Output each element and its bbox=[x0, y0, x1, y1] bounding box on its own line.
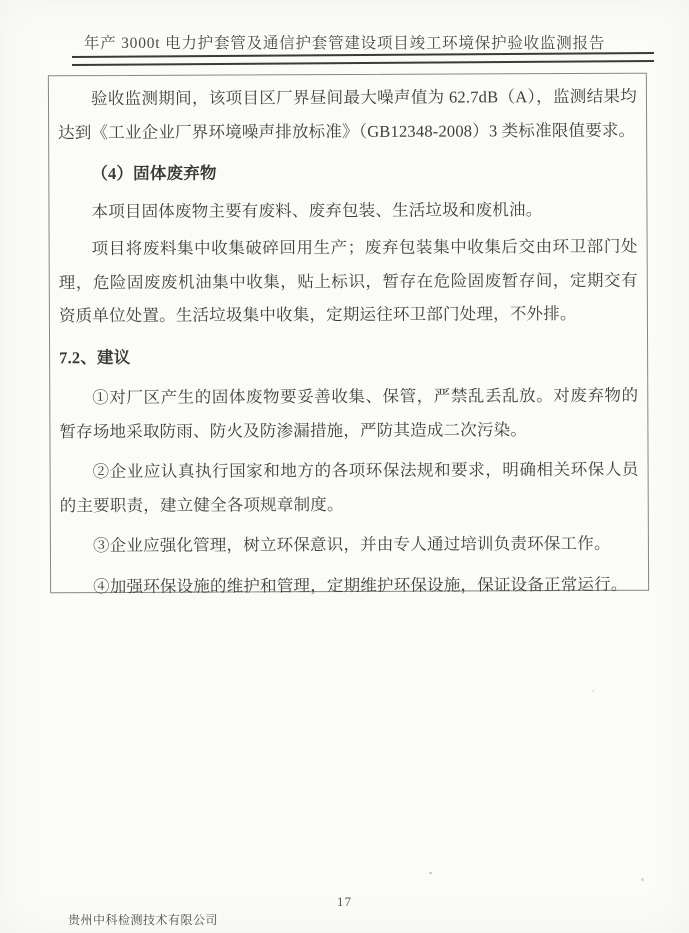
suggestion-item-2: ②企业应认真执行国家和地方的各项环保法规和要求，明确相关环保人员的主要职责，建立… bbox=[60, 453, 639, 523]
paragraph-solid-waste-overview: 本项目固体废物主要有废料、废弃包装、生活垃圾和废机油。 bbox=[58, 192, 637, 228]
content-border-box: 验收监测期间，该项目区厂界昼间最大噪声值为 62.7dB（A），监测结果均达到《… bbox=[48, 73, 649, 594]
scan-speck bbox=[429, 872, 432, 874]
scanned-document-page: 年产 3000t 电力护套管及通信护套管建设项目竣工环境保护验收监测报告 验收监… bbox=[0, 0, 689, 933]
report-header-title: 年产 3000t 电力护套管及通信护套管建设项目竣工环境保护验收监测报告 bbox=[0, 31, 689, 53]
heading-suggestions: 7.2、建议 bbox=[59, 338, 638, 374]
paragraph-solid-waste-disposal: 项目将废料集中收集破碎回用生产；废弃包装集中收集后交由环卫部门处理，危险固废废机… bbox=[59, 230, 638, 333]
paragraph-noise-monitoring-result: 验收监测期间，该项目区厂界昼间最大噪声值为 62.7dB（A），监测结果均达到《… bbox=[58, 80, 637, 150]
heading-solid-waste: （4）固体废弃物 bbox=[58, 155, 637, 191]
footer-company-name: 贵州中科检测技术有限公司 bbox=[68, 911, 218, 928]
suggestion-item-1: ①对厂区产生的固体废物要妥善收集、保管，严禁乱丢乱放。对废弃物的暂存场地采取防雨… bbox=[59, 379, 638, 449]
suggestion-item-3: ③企业应强化管理，树立环保意识，并由专人通过培训负责环保工作。 bbox=[60, 527, 639, 563]
scan-speck bbox=[641, 878, 644, 881]
suggestion-item-4: ④加强环保设施的维护和管理，定期维护环保设施，保证设备正常运行。 bbox=[60, 567, 639, 603]
scan-speck bbox=[592, 690, 594, 692]
page-number: 17 bbox=[0, 894, 689, 910]
header-double-rule bbox=[72, 52, 654, 66]
